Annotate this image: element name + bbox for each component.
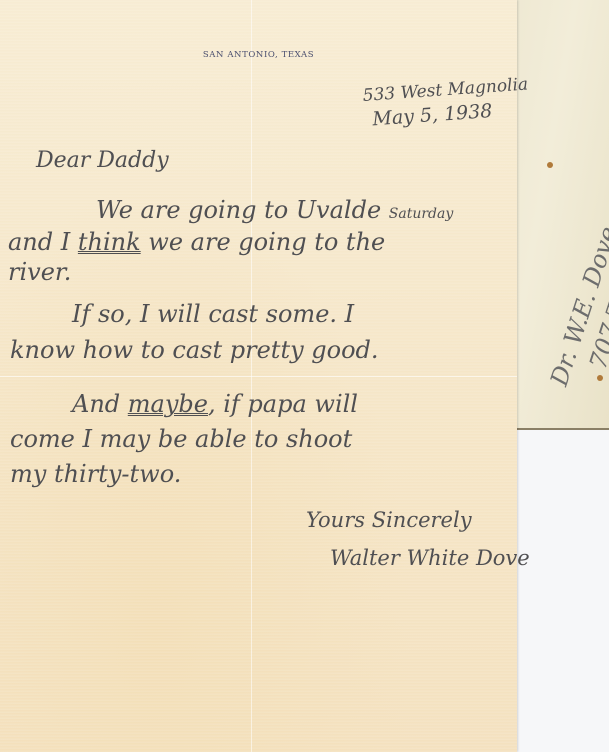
underlined-word-maybe: maybe — [128, 390, 208, 418]
body-line: know how to cast pretty good. — [10, 336, 379, 364]
signature: Walter White Dove — [330, 546, 530, 570]
sender-address-block: 533 West Magnolia May 5, 1938 — [362, 72, 531, 131]
letter-page: SAN ANTONIO, TEXAS 533 West Magnolia May… — [0, 0, 517, 752]
body-line: come I may be able to shoot — [10, 425, 352, 453]
body-line: And maybe, if papa will — [72, 390, 358, 418]
envelope-stain — [597, 375, 603, 381]
underlined-word-think: think — [78, 228, 141, 256]
envelope: Dr. W.E. Dove 707 Thorpe Bldg. — [505, 0, 609, 430]
closing: Yours Sincerely — [306, 508, 472, 532]
body-line: my thirty-two. — [10, 460, 181, 488]
body-line: If so, I will cast some. I — [72, 300, 354, 328]
letterhead: SAN ANTONIO, TEXAS — [0, 50, 517, 60]
body-line: river. — [8, 258, 71, 286]
body-line: and I think we are going to the — [8, 228, 385, 256]
envelope-stain — [547, 162, 553, 168]
horizontal-fold-crease — [0, 376, 517, 377]
salutation: Dear Daddy — [36, 148, 169, 173]
body-line: We are going to Uvalde Saturday — [96, 196, 453, 224]
envelope-address: Dr. W.E. Dove 707 Thorpe Bldg. — [543, 38, 609, 414]
